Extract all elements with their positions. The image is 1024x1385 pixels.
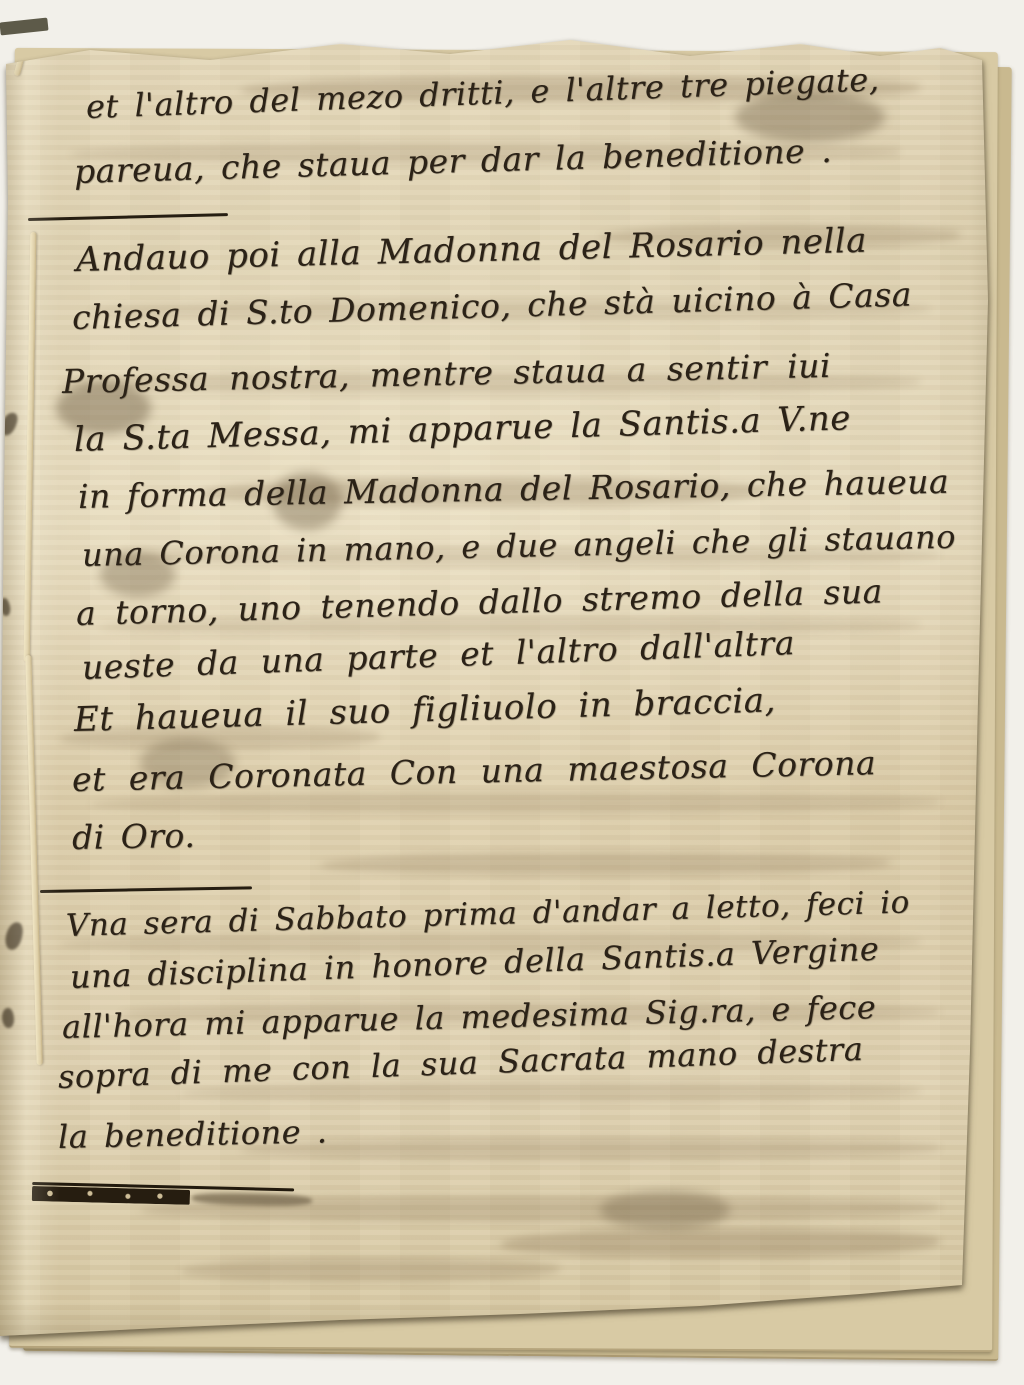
manuscript-line: Andauo poi alla Madonna del Rosario nell…: [76, 221, 868, 280]
binding-thread: [14, 56, 25, 77]
bleed-through-band: [500, 1228, 940, 1258]
manuscript-line: la beneditione .: [58, 1112, 328, 1156]
ink-blot-bar: [32, 1182, 294, 1207]
manuscript-line: pareua, che staua per dar la beneditione…: [73, 131, 832, 191]
manuscript-line: la S.ta Messa, mi apparue la Santis.a V.…: [73, 398, 851, 460]
manuscript-scan: et l'altro del mezo dritti, e l'altre tr…: [0, 0, 1024, 1385]
margin-ink-mark: [4, 921, 25, 951]
manuscript-line: di Oro.: [72, 816, 196, 857]
ink-blot-smear-tail: [192, 1192, 312, 1207]
bleed-through-band: [320, 852, 890, 876]
bleed-through-band: [180, 1258, 560, 1282]
margin-ink-mark: [0, 1007, 15, 1029]
section-divider-rule: [28, 213, 228, 221]
section-divider-rule: [40, 886, 252, 893]
ink-stain: [600, 1190, 730, 1230]
manuscript-line: Professa nostra, mentre staua a sentir i…: [62, 346, 832, 401]
margin-ink-mark: [0, 410, 20, 437]
ink-blot-smear: [32, 1186, 190, 1205]
bleed-through-band: [240, 1138, 940, 1160]
binding-thread: [24, 232, 37, 662]
margin-ink-mark: [0, 597, 12, 617]
manuscript-page: et l'altro del mezo dritti, e l'altre tr…: [0, 0, 1024, 1385]
binding-thread: [25, 655, 42, 1065]
manuscript-page-wrap: et l'altro del mezo dritti, e l'altre tr…: [0, 0, 1024, 1385]
manuscript-line: chiesa di S.to Domenico, che stà uicino …: [71, 275, 912, 337]
manuscript-line: in forma della Madonna del Rosario, che …: [78, 462, 950, 516]
manuscript-line: Et haueua il suo figliuolo in braccia,: [73, 680, 776, 740]
